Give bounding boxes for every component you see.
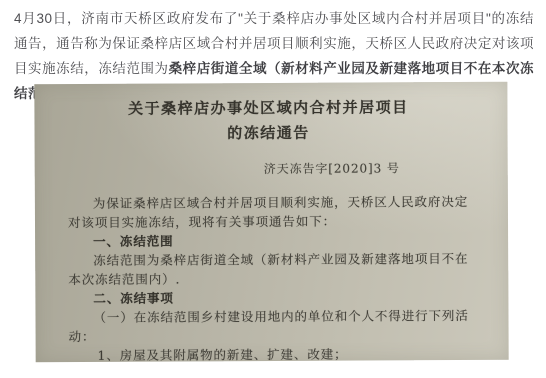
document-number: 济天冻告字[2020]3 号	[68, 159, 470, 180]
notice-photo: 关于桑梓店办事处区域内合村并居项目 的冻结通告 济天冻告字[2020]3 号 为…	[34, 82, 508, 362]
list-item-1: 1、房屋及其附属物的新建、扩建、改建；	[69, 344, 471, 362]
document-intro: 为保证桑梓店区域合村并居项目顺利实施，天桥区人民政府决定对该项目实施冻结，现将有…	[68, 192, 470, 232]
document-title: 关于桑梓店办事处区域内合村并居项目 的冻结通告	[67, 95, 469, 147]
document-body: 为保证桑梓店区域合村并居项目顺利实施，天桥区人民政府决定对该项目实施冻结，现将有…	[68, 192, 471, 362]
section1-heading: 一、冻结范围	[68, 230, 470, 251]
notice-document: 关于桑梓店办事处区域内合村并居项目 的冻结通告 济天冻告字[2020]3 号 为…	[34, 82, 508, 362]
section2-heading: 二、冻结事项	[68, 287, 470, 308]
document-title-line2: 的冻结通告	[67, 120, 469, 147]
document-title-line1: 关于桑梓店办事处区域内合村并居项目	[67, 95, 469, 122]
section2-intro: （一）在冻结范围乡村建设用地内的单位和个人不得进行下列活动：	[68, 306, 470, 346]
section1-body: 冻结范围为桑梓店街道全域（新材料产业园及新建落地项目不在本次冻结范围内）.	[68, 249, 470, 289]
